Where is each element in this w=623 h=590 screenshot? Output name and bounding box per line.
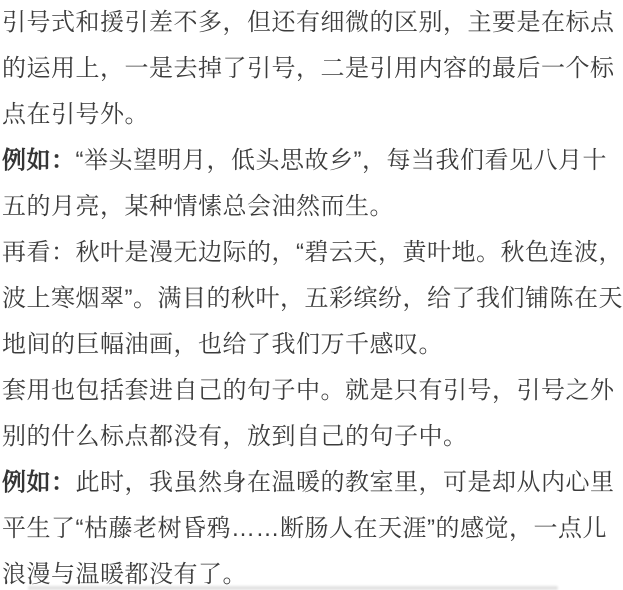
- paragraph-3: 再看：秋叶是漫无边际的，“碧云天，黄叶地。秋色连波，波上寒烟翠”。满目的秋叶，五…: [2, 230, 623, 368]
- paragraph-5: 例如：此时，我虽然身在温暖的教室里，可是却从内心里平生了“枯藤老树昏鸦……断肠人…: [2, 460, 623, 590]
- paragraph-3-text: 再看：秋叶是漫无边际的，“碧云天，黄叶地。秋色连波，波上寒烟翠”。满目的秋叶，五…: [2, 239, 623, 358]
- paragraph-2-prefix: 例如：: [2, 147, 76, 174]
- paragraph-5-prefix: 例如：: [2, 469, 76, 496]
- paragraph-4-text: 套用也包括套进自己的句子中。就是只有引号，引号之外别的什么标点都没有，放到自己的…: [2, 377, 615, 450]
- paragraph-4: 套用也包括套进自己的句子中。就是只有引号，引号之外别的什么标点都没有，放到自己的…: [2, 368, 623, 460]
- paragraph-5-text: 此时，我虽然身在温暖的教室里，可是却从内心里平生了“枯藤老树昏鸦……断肠人在天涯…: [2, 469, 615, 588]
- paragraph-2: 例如：“举头望明月，低头思故乡”，每当我们看见八月十五的月亮，某种情愫总会油然而…: [2, 138, 623, 230]
- paragraph-2-text: “举头望明月，低头思故乡”，每当我们看见八月十五的月亮，某种情愫总会油然而生。: [2, 147, 607, 220]
- paragraph-1-text: 引号式和援引差不多，但还有细微的区别，主要是在标点的运用上，一是去掉了引号，二是…: [2, 9, 615, 128]
- cropped-next-line-artifact: [28, 586, 558, 590]
- paragraph-1: 引号式和援引差不多，但还有细微的区别，主要是在标点的运用上，一是去掉了引号，二是…: [2, 0, 623, 138]
- article-body: 引号式和援引差不多，但还有细微的区别，主要是在标点的运用上，一是去掉了引号，二是…: [0, 0, 623, 590]
